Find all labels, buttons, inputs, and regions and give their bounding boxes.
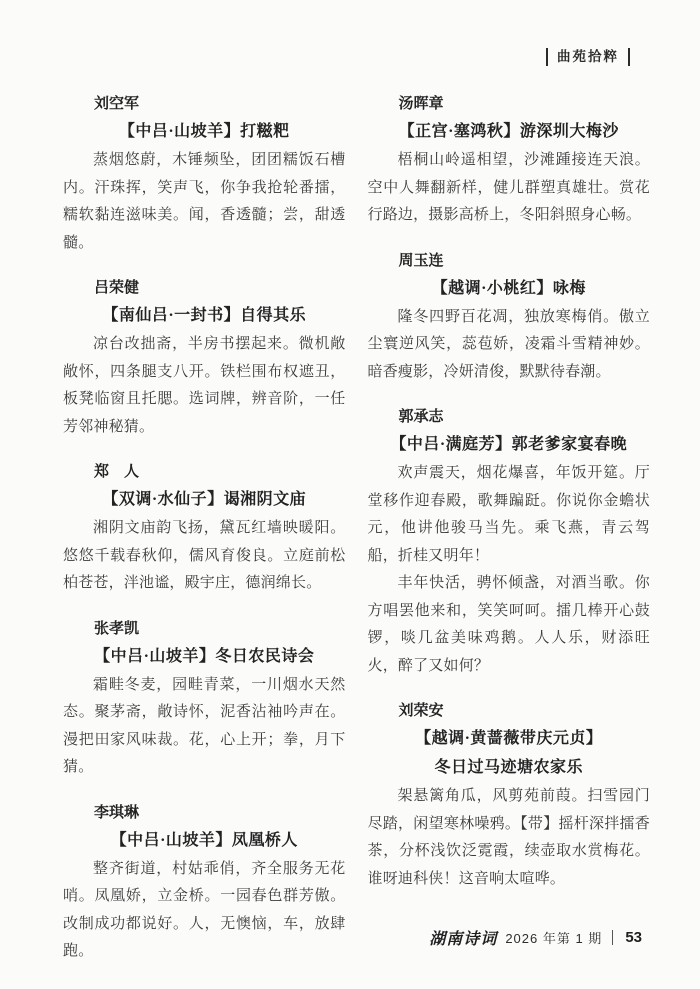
- poem-titles: 【中吕·山坡羊】凤凰桥人: [63, 826, 346, 855]
- poem-body: 梧桐山岭遥相望，沙滩踵接连天浪。空中人舞翻新样，健儿群塑真雄壮。赏花行路边，摄影…: [368, 147, 651, 230]
- poem-title: 【越调·小桃红】咏梅: [368, 274, 651, 303]
- poem-paragraph: 凉台改拙斋，半房书摆起来。微机敞敞怀，四条腿支八开。铁栏围布权遮丑，板凳临窗且托…: [63, 331, 346, 441]
- poem-title: 【中吕·山坡羊】冬日农民诗会: [63, 642, 346, 671]
- journal-name: 湖南诗词: [429, 926, 497, 949]
- poem-section: 汤晖章 【正宫·塞鸿秋】游深圳大梅沙 梧桐山岭遥相望，沙滩踵接连天浪。空中人舞翻…: [368, 90, 651, 230]
- poem-paragraph: 蒸烟悠蔚，木锤频坠，团团糯饭石槽内。汗珠挥，笑声飞，你争我抢轮番擂，糯软黏连滋味…: [63, 147, 346, 257]
- poem-title: 冬日过马迹塘农家乐: [368, 753, 651, 782]
- poem-title: 【中吕·山坡羊】凤凰桥人: [63, 826, 346, 855]
- poem-author: 郭承志: [368, 403, 651, 430]
- poem-author: 吕荣健: [63, 274, 346, 301]
- poem-paragraph: 梧桐山岭遥相望，沙滩踵接连天浪。空中人舞翻新样，健儿群塑真雄壮。赏花行路边，摄影…: [368, 147, 651, 230]
- poem-paragraph: 欢声震天，烟花爆喜，年饭开筵。厅堂移作迎春殿，歌舞蹁跹。你说你金蟾状元，他讲他骏…: [368, 460, 651, 570]
- section-header-tag: 曲苑拾粹: [546, 48, 630, 66]
- magazine-page: 曲苑拾粹 刘空军 【中吕·山坡羊】打糍粑 蒸烟悠蔚，木锤频坠，团团糯饭石槽内。汗…: [0, 0, 700, 989]
- poem-paragraph: 整齐街道，村姑乖俏，齐全服务无花哨。凤凰娇，立金桥。一园春色群芳傲。改制成功都说…: [63, 856, 346, 966]
- poem-titles: 【越调·黄蔷薇带庆元贞】冬日过马迹塘农家乐: [368, 724, 651, 782]
- poem-paragraph: 湘阴文庙韵飞扬，黛瓦红墙映暖阳。悠悠千载春秋仰，儒风育俊良。立庭前松柏苍苍，泮池…: [63, 515, 346, 598]
- poem-title: 【正宫·塞鸿秋】游深圳大梅沙: [368, 117, 651, 146]
- poem-paragraph: 丰年快活，骋怀倾盏，对酒当歌。你方唱罢他来和，笑笑呵呵。擂几棒开心鼓锣，啖几盆美…: [368, 570, 651, 680]
- poem-section: 刘荣安 【越调·黄蔷薇带庆元贞】冬日过马迹塘农家乐 架悬篱角瓜，风剪苑前葭。扫雪…: [368, 697, 651, 893]
- poem-section: 刘空军 【中吕·山坡羊】打糍粑 蒸烟悠蔚，木锤频坠，团团糯饭石槽内。汗珠挥，笑声…: [63, 90, 346, 257]
- column-right: 汤晖章 【正宫·塞鸿秋】游深圳大梅沙 梧桐山岭遥相望，沙滩踵接连天浪。空中人舞翻…: [368, 90, 651, 983]
- poem-title: 【越调·黄蔷薇带庆元贞】: [368, 724, 651, 753]
- page-footer: 湖南诗词 2026 年第 1 期 53: [429, 926, 642, 949]
- column-left: 刘空军 【中吕·山坡羊】打糍粑 蒸烟悠蔚，木锤频坠，团团糯饭石槽内。汗珠挥，笑声…: [63, 90, 346, 983]
- poem-section: 吕荣健 【南仙吕·一封书】自得其乐 凉台改拙斋，半房书摆起来。微机敞敞怀，四条腿…: [63, 274, 346, 441]
- poem-section: 郑 人 【双调·水仙子】谒湘阴文庙 湘阴文庙韵飞扬，黛瓦红墙映暖阳。悠悠千载春秋…: [63, 458, 346, 598]
- poem-paragraph: 架悬篱角瓜，风剪苑前葭。扫雪园门尽踏，闲望寒林噪鸦。【带】摇杆深拌擂香茶，分杯浅…: [368, 783, 651, 893]
- poem-section: 郭承志 【中吕·满庭芳】郭老爹家宴春晚 欢声震天，烟花爆喜，年饭开筵。厅堂移作迎…: [368, 403, 651, 680]
- poem-titles: 【南仙吕·一封书】自得其乐: [63, 301, 346, 330]
- poem-title: 【中吕·山坡羊】打糍粑: [63, 117, 346, 146]
- poem-body: 凉台改拙斋，半房书摆起来。微机敞敞怀，四条腿支八开。铁栏围布权遮丑，板凳临窗且托…: [63, 331, 346, 441]
- poem-author: 郑 人: [63, 458, 346, 485]
- poem-paragraph: 隆冬四野百花凋，独放寒梅俏。傲立尘寰逆风笑，蕊苞娇，凌霜斗雪精神妙。暗香瘦影，冷…: [368, 304, 651, 387]
- poem-body: 蒸烟悠蔚，木锤频坠，团团糯饭石槽内。汗珠挥，笑声飞，你争我抢轮番擂，糯软黏连滋味…: [63, 147, 346, 257]
- issue-label: 2026 年第 1 期: [505, 928, 602, 947]
- poem-titles: 【正宫·塞鸿秋】游深圳大梅沙: [368, 117, 651, 146]
- poem-body: 湘阴文庙韵飞扬，黛瓦红墙映暖阳。悠悠千载春秋仰，儒风育俊良。立庭前松柏苍苍，泮池…: [63, 515, 346, 598]
- poem-titles: 【中吕·山坡羊】打糍粑: [63, 117, 346, 146]
- poem-titles: 【中吕·山坡羊】冬日农民诗会: [63, 642, 346, 671]
- poem-title: 【中吕·满庭芳】郭老爹家宴春晚: [368, 430, 651, 459]
- poem-author: 汤晖章: [368, 90, 651, 117]
- poem-body: 欢声震天，烟花爆喜，年饭开筵。厅堂移作迎春殿，歌舞蹁跹。你说你金蟾状元，他讲他骏…: [368, 460, 651, 680]
- poem-title: 【双调·水仙子】谒湘阴文庙: [63, 485, 346, 514]
- poem-title: 【南仙吕·一封书】自得其乐: [63, 301, 346, 330]
- poem-author: 李琪琳: [63, 799, 346, 826]
- poem-paragraph: 霜畦冬麦，园畦青菜，一川烟水天然态。聚茅斋，敞诗怀，泥香沾袖吟声在。漫把田家风味…: [63, 672, 346, 782]
- page-number: 53: [625, 929, 642, 946]
- poem-titles: 【中吕·满庭芳】郭老爹家宴春晚: [368, 430, 651, 459]
- poem-body: 架悬篱角瓜，风剪苑前葭。扫雪园门尽踏，闲望寒林噪鸦。【带】摇杆深拌擂香茶，分杯浅…: [368, 783, 651, 893]
- poem-author: 张孝凯: [63, 615, 346, 642]
- poem-author: 周玉连: [368, 247, 651, 274]
- poem-section: 张孝凯 【中吕·山坡羊】冬日农民诗会 霜畦冬麦，园畦青菜，一川烟水天然态。聚茅斋…: [63, 615, 346, 782]
- poem-section: 周玉连 【越调·小桃红】咏梅 隆冬四野百花凋，独放寒梅俏。傲立尘寰逆风笑，蕊苞娇…: [368, 247, 651, 387]
- poem-body: 隆冬四野百花凋，独放寒梅俏。傲立尘寰逆风笑，蕊苞娇，凌霜斗雪精神妙。暗香瘦影，冷…: [368, 304, 651, 387]
- poem-author: 刘空军: [63, 90, 346, 117]
- poem-titles: 【越调·小桃红】咏梅: [368, 274, 651, 303]
- footer-divider: [612, 930, 613, 945]
- poem-author: 刘荣安: [368, 697, 651, 724]
- poem-body: 霜畦冬麦，园畦青菜，一川烟水天然态。聚茅斋，敞诗怀，泥香沾袖吟声在。漫把田家风味…: [63, 672, 346, 782]
- poem-columns: 刘空军 【中吕·山坡羊】打糍粑 蒸烟悠蔚，木锤频坠，团团糯饭石槽内。汗珠挥，笑声…: [63, 90, 650, 983]
- poem-section: 李琪琳 【中吕·山坡羊】凤凰桥人 整齐街道，村姑乖俏，齐全服务无花哨。凤凰娇，立…: [63, 799, 346, 966]
- poem-body: 整齐街道，村姑乖俏，齐全服务无花哨。凤凰娇，立金桥。一园春色群芳傲。改制成功都说…: [63, 856, 346, 966]
- poem-titles: 【双调·水仙子】谒湘阴文庙: [63, 485, 346, 514]
